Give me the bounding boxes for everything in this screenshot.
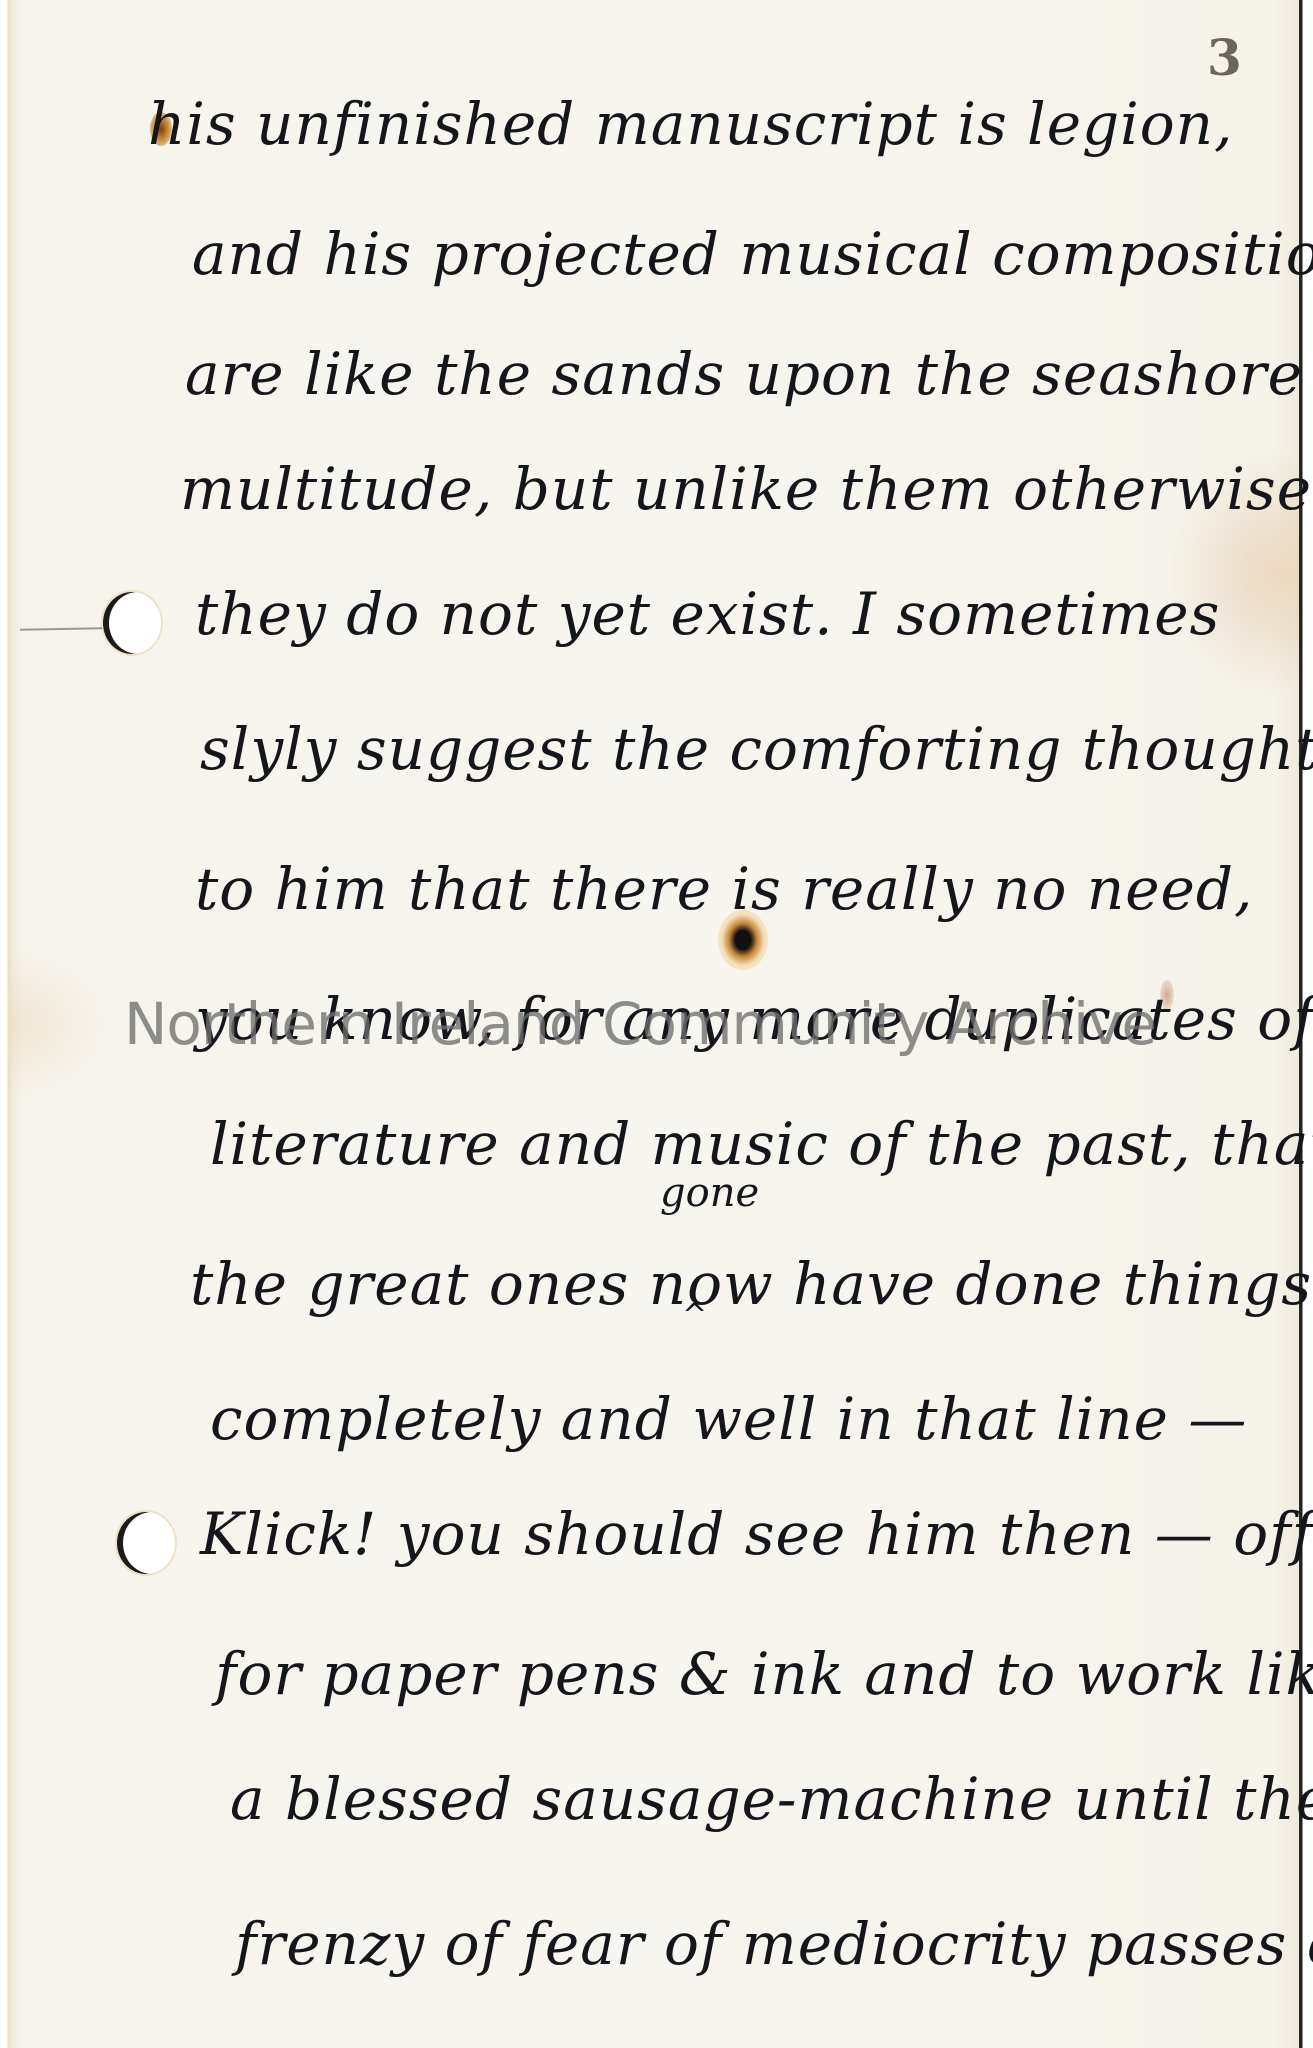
manuscript-line: his unfinished manuscript is legion, — [148, 95, 1233, 153]
manuscript-page: 3 his unfinished manuscript is legion, a… — [0, 0, 1313, 2048]
manuscript-line: they do not yet exist. I sometimes — [195, 585, 1220, 643]
manuscript-line: frenzy of fear of mediocrity passes off. — [235, 1915, 1313, 1973]
paper-left-edge — [0, 0, 12, 2048]
punch-hole-lower — [117, 1512, 175, 1574]
manuscript-line: to him that there is really no need, — [195, 860, 1253, 918]
manuscript-line: are like the sands upon the seashore for — [185, 345, 1313, 403]
page-number: 3 — [1207, 28, 1242, 87]
crease-line — [20, 627, 102, 630]
archive-watermark: Northern Ireland Community Archive — [124, 990, 1156, 1058]
manuscript-line: for paper pens & ink and to work like — [215, 1645, 1313, 1703]
inserted-word: gone — [660, 1170, 759, 1216]
manuscript-line: and his projected musical compositions — [192, 225, 1313, 283]
manuscript-line: a blessed sausage-machine until the — [230, 1770, 1313, 1828]
manuscript-line: completely and well in that line — — [210, 1390, 1247, 1448]
insertion-caret: ^ — [682, 1298, 707, 1333]
manuscript-line: the great ones now have done things very — [190, 1255, 1313, 1313]
manuscript-line: Klick! you should see him then — off — [200, 1505, 1313, 1563]
manuscript-line: slyly suggest the comforting thought — [200, 720, 1313, 778]
manuscript-line: literature and music of the past, that — [210, 1115, 1313, 1173]
manuscript-line: multitude, but unlike them otherwise, — — [180, 460, 1313, 518]
punch-hole-upper — [103, 592, 161, 654]
